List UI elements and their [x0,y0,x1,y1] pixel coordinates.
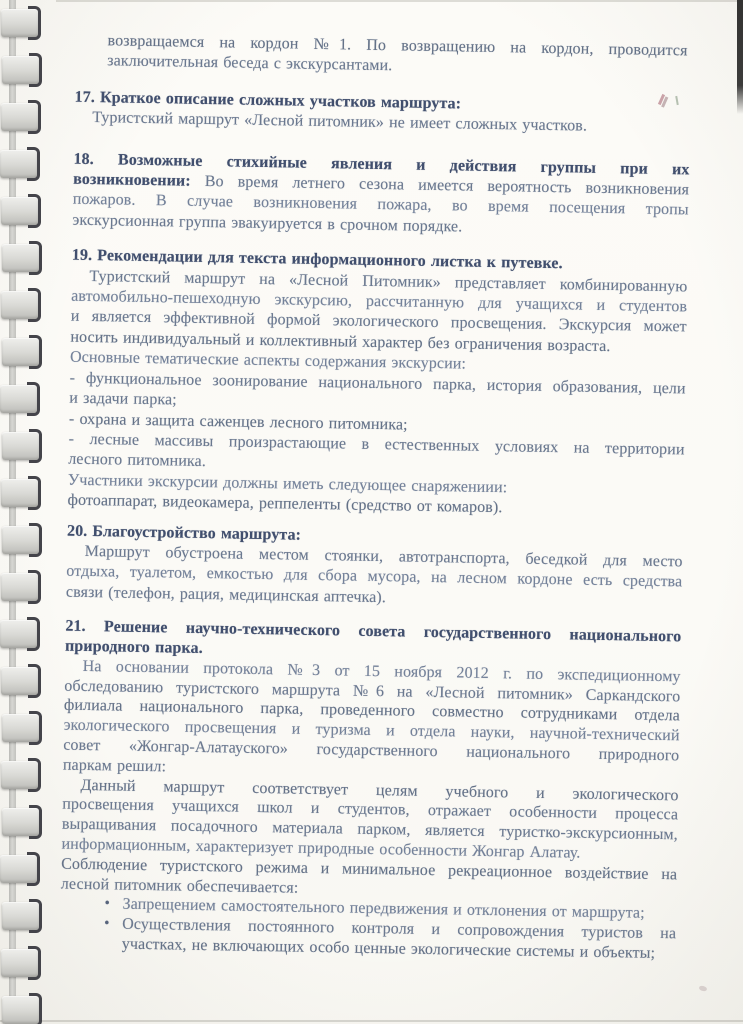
ring-hook [28,476,41,510]
section-20: 20. Благоустройство маршрута:Маршрут обу… [66,521,683,613]
body-text: паркам решил: [63,756,166,775]
ring-hook [28,100,41,134]
ring-hook [28,6,41,40]
binding-ring [1,197,45,225]
scan-edge-top-line [56,0,743,2]
binding-ring [1,667,45,695]
ring-hook [29,241,42,275]
ring-hook [27,382,40,416]
binding-ring [2,808,46,836]
binding-ring [2,56,46,84]
ring-hook [28,570,41,604]
ring-hook [29,53,42,87]
intro-paragraph: возвращаемся на кордон №1. По возвращени… [107,31,688,82]
ring-hook [27,617,40,651]
section-21: 21. Решение научно-технического совета г… [60,617,682,964]
ring-hook [28,194,41,228]
binding-ring [0,855,44,883]
ring-hook [28,664,41,698]
binding-ring [1,949,45,977]
scan-edge-right-shadow [737,0,743,114]
scanned-document-page: возвращаемся на кордон №1. По возвращени… [0,0,743,1024]
ring-hook [28,946,41,980]
page-content: возвращаемся на кордон №1. По возвращени… [60,0,693,964]
comb-binding [0,0,56,1024]
bold-text: природного парка. [65,638,203,657]
binding-ring [2,714,46,742]
binding-ring [1,103,45,131]
body-text: заключительная беседа с экскурсантами. [107,53,392,75]
bold-text: 20. Благоустройство маршрута: [67,522,301,543]
ring-hook [29,805,42,839]
binding-ring [2,996,46,1024]
binding-ring [1,291,45,319]
binding-ring [2,526,46,554]
binding-ring [1,9,45,37]
ring-hook [29,899,42,933]
body-text: связи (телефон, рация, медицинская аптеч… [66,583,386,606]
binding-ring [2,902,46,930]
ring-hook [29,711,42,745]
ring-hook [28,288,41,322]
ring-hook [29,335,42,369]
binding-ring [2,244,46,272]
binding-ring [2,338,46,366]
smudge-mark [698,985,707,992]
section-17: 17. Краткое описание сложных участков ма… [74,87,691,139]
bold-text: возникновении: [73,171,191,190]
ring-hook [29,523,42,557]
body-text: и задачи парка; [69,390,177,409]
ring-hook [27,147,40,181]
ring-hook [28,758,41,792]
binding-ring [1,761,45,789]
scan-edge-bottom-line [0,1020,743,1022]
ring-hook [29,429,42,463]
section-19: 19. Рекомендации для текста информационн… [67,246,688,522]
ring-hook [29,993,42,1024]
binding-ring [1,573,45,601]
ring-hook [27,852,40,886]
body-text: лесной питомник обеспечивается: [61,875,299,896]
body-text: лесного питомника. [68,451,206,470]
binding-ring [0,150,44,178]
section-18: 18. Возможные стихийные явления и действ… [72,149,689,241]
binding-ring [0,620,44,648]
binding-ring [2,432,46,460]
binding-ring [0,385,44,413]
binding-ring [1,479,45,507]
